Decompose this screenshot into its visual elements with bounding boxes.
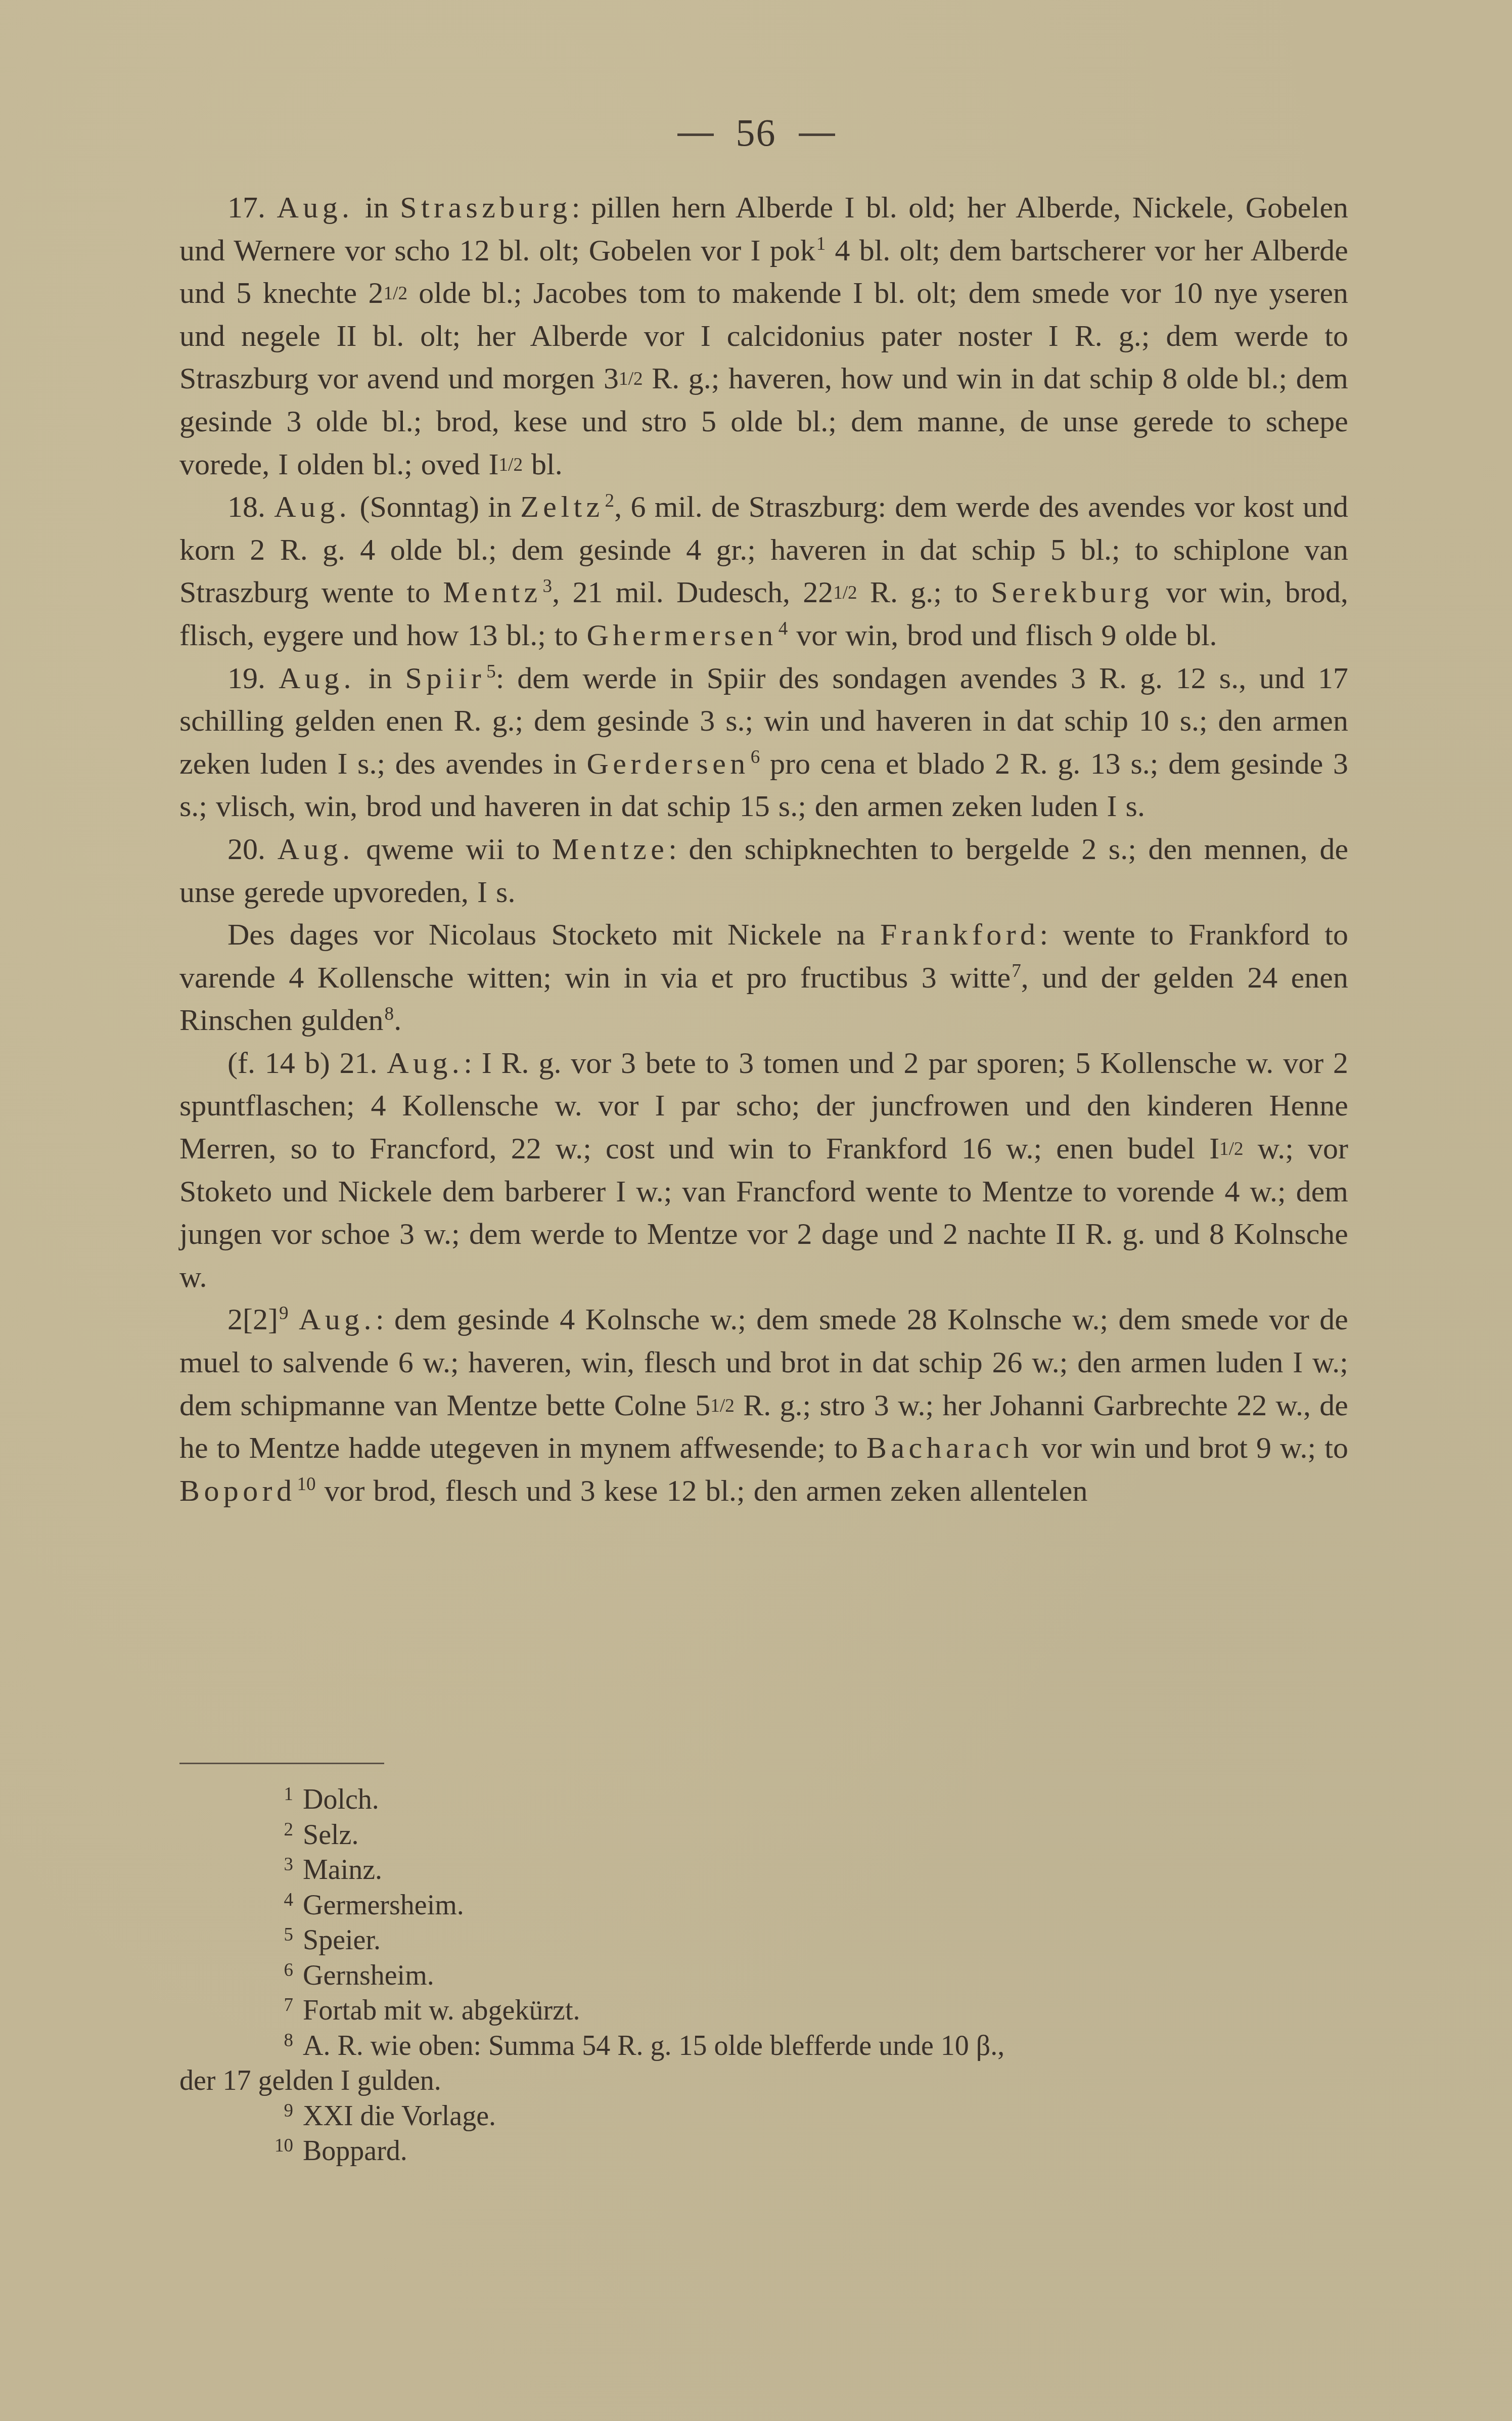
spaced-emphasis: Bopord <box>179 1474 296 1507</box>
spaced-emphasis: Bacharach <box>866 1431 1033 1464</box>
footnote-text: Gernsheim. <box>303 1960 434 1991</box>
fraction: 1/2 <box>619 369 643 389</box>
spaced-emphasis: Aug. <box>278 832 354 866</box>
footnote-text: Boppard. <box>303 2135 407 2167</box>
paragraph-aug22: 2[2]9 Aug.: dem gesinde 4 Kolnsche w.; d… <box>179 1298 1348 1512</box>
footnote-text: Dolch. <box>303 1784 379 1815</box>
footnote-item: 7Fortab mit w. abgekürzt. <box>179 1993 1348 2029</box>
spaced-emphasis: Aug. <box>387 1046 464 1080</box>
footnote-ref: 9 <box>279 1303 289 1324</box>
footnote-text: Speier. <box>303 1924 381 1956</box>
spaced-emphasis: Mentz <box>443 575 541 609</box>
spaced-emphasis: Spiir <box>405 661 485 695</box>
text-run: 19. <box>227 661 279 695</box>
text-run: vor win, brod und flisch 9 olde bl. <box>788 618 1217 652</box>
fraction: 1/2 <box>710 1395 735 1416</box>
main-text-body: 17. Aug. in Straszburg: pillen hern Albe… <box>179 186 1348 1512</box>
fraction: 1/2 <box>384 283 408 304</box>
footnote-item: 1Dolch. <box>179 1782 1348 1818</box>
text-run: (Sonntag) in <box>351 490 520 523</box>
spaced-emphasis: Frankford <box>880 918 1040 951</box>
footnote-item: 4Germersheim. <box>179 1888 1348 1923</box>
paragraph-aug19: 19. Aug. in Spiir5: dem werde in Spiir d… <box>179 657 1348 828</box>
text-run: . <box>394 1003 401 1037</box>
footnote-item: 5Speier. <box>179 1923 1348 1958</box>
spaced-emphasis: Straszburg <box>400 191 572 224</box>
footnote-ref: 2 <box>605 490 615 511</box>
text-run: 17. <box>227 191 277 224</box>
text-run: Des dages vor Nicolaus Stocketo mit Nick… <box>227 918 880 951</box>
footnote-divider <box>179 1763 384 1764</box>
footnote-item: 8A. R. wie oben: Summa 54 R. g. 15 olde … <box>179 2029 1348 2099</box>
footnote-text: A. R. wie oben: Summa 54 R. g. 15 olde b… <box>303 2030 1004 2061</box>
paragraph-aug17: 17. Aug. in Straszburg: pillen hern Albe… <box>179 186 1348 485</box>
spaced-emphasis: Aug. <box>277 191 354 224</box>
text-run: 20. <box>227 832 278 866</box>
text-run: 18. <box>227 490 274 523</box>
footnote-ref: 5 <box>486 661 496 682</box>
fraction: 1/2 <box>498 454 523 475</box>
spaced-emphasis: Aug. <box>274 490 351 523</box>
spaced-emphasis: Zeltz <box>520 490 604 523</box>
footnote-text: Germersheim. <box>303 1890 464 1921</box>
footnote-item: 10Boppard. <box>179 2134 1348 2169</box>
page-number: 56 <box>736 112 776 154</box>
spaced-emphasis: Aug. <box>299 1303 376 1336</box>
footnote-ref: 1 <box>816 234 826 254</box>
text-run: in <box>355 661 405 695</box>
footnote-ref: 3 <box>543 576 553 597</box>
paragraph-stocketo: Des dages vor Nicolaus Stocketo mit Nick… <box>179 913 1348 1042</box>
text-run: vor brod, flesch und 3 kese 12 bl.; den … <box>316 1474 1088 1507</box>
text-run: bl. <box>523 447 563 481</box>
text-run: qweme wii to <box>354 832 552 866</box>
spaced-emphasis: Ghermersen <box>587 618 777 652</box>
footnote-text: Selz. <box>303 1819 358 1851</box>
spaced-emphasis: Serekburg <box>991 575 1153 609</box>
footnote-text: Mainz. <box>303 1854 382 1886</box>
paragraph-aug20: 20. Aug. qweme wii to Mentze: den schipk… <box>179 828 1348 913</box>
footnote-ref: 7 <box>1012 961 1021 981</box>
fraction: 1/2 <box>1219 1139 1244 1159</box>
spaced-emphasis: Mentze <box>552 832 668 866</box>
spaced-emphasis: Gerdersen <box>587 747 750 780</box>
paragraph-aug18: 18. Aug. (Sonntag) in Zeltz2, 6 mil. de … <box>179 485 1348 656</box>
left-dash <box>677 133 714 136</box>
text-run <box>289 1303 299 1336</box>
footnote-item: 6Gernsheim. <box>179 1958 1348 1994</box>
footnote-text: Fortab mit w. abgekürzt. <box>303 1995 580 2026</box>
text-run: 2[2] <box>227 1303 278 1336</box>
footnote-continuation: der 17 gelden I gulden. <box>179 2064 1348 2099</box>
page-number-header: 56 <box>0 114 1512 152</box>
fraction: 1/2 <box>833 582 857 603</box>
right-dash <box>799 133 835 136</box>
footnote-ref: 10 <box>297 1474 315 1495</box>
footnote-text: XXI die Vorlage. <box>303 2100 496 2132</box>
paragraph-aug21: (f. 14 b) 21. Aug.: I R. g. vor 3 bete t… <box>179 1042 1348 1298</box>
book-page: 56 17. Aug. in Straszburg: pillen hern A… <box>0 0 1512 2421</box>
spaced-emphasis: Aug. <box>279 661 355 695</box>
footnote-item: 3Mainz. <box>179 1853 1348 1888</box>
text-run: vor win und brot 9 w.; to <box>1033 1431 1348 1464</box>
text-run: R. g.; to <box>857 575 991 609</box>
text-run: in <box>353 191 400 224</box>
footnote-item: 9XXI die Vorlage. <box>179 2099 1348 2134</box>
footnote-ref: 4 <box>778 618 788 639</box>
text-run: , 21 mil. Dudesch, 22 <box>552 575 833 609</box>
text-run: (f. 14 b) 21. <box>227 1046 387 1080</box>
footnote-ref: 6 <box>751 747 760 768</box>
footnote-ref: 8 <box>385 1004 394 1024</box>
footnote-item: 2Selz. <box>179 1818 1348 1853</box>
footnotes-list: 1Dolch.2Selz.3Mainz.4Germersheim.5Speier… <box>179 1782 1348 2169</box>
